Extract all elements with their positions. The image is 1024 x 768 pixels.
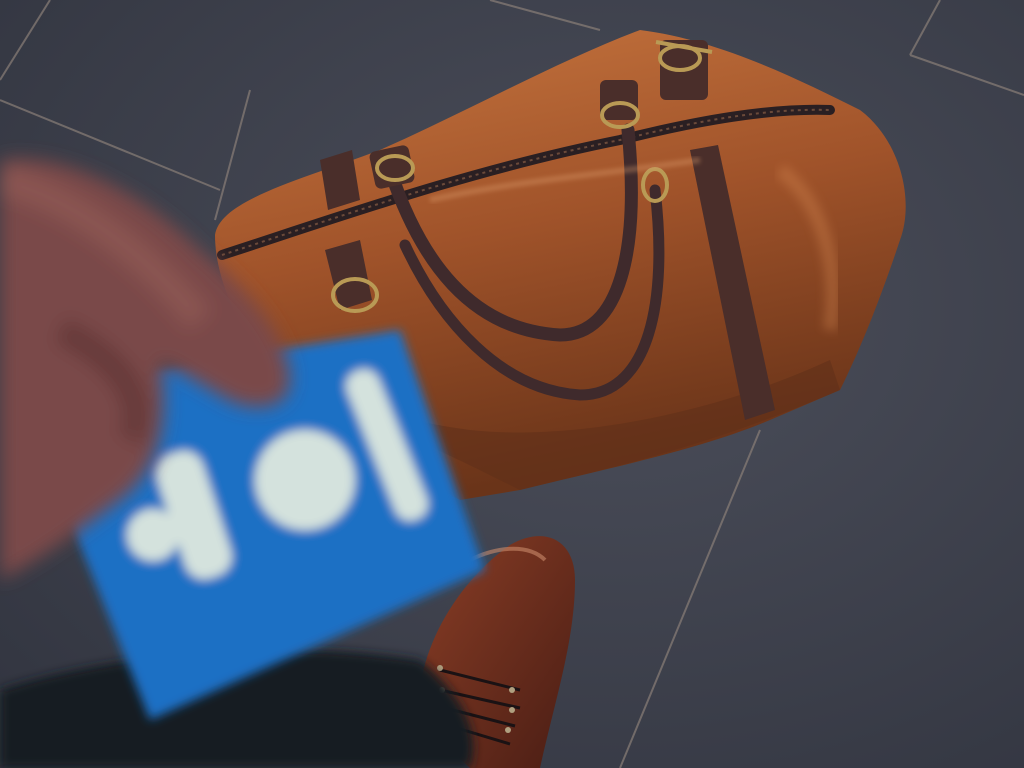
photo-illustration (0, 0, 1024, 768)
photo-scene (0, 0, 1024, 768)
